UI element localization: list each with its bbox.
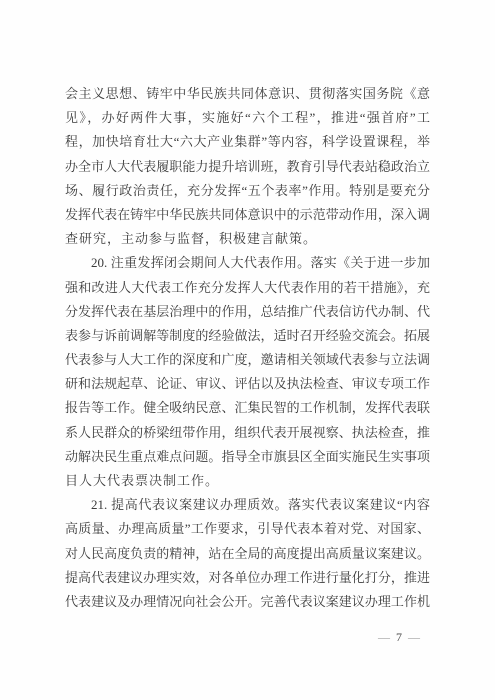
text-line: 发挥代表在铸牢中华民族共同体意识中的示范带动作用，深入调 [65,203,430,227]
page-number: —7— [368,628,432,646]
text-line: 目人大代表票决制工作。 [65,469,430,493]
text-line: 21. 提高代表议案建议办理质效。落实代表议案建议“内容 [65,493,430,517]
text-line: 动解决民生重点难点问题。指导全市旗县区全面实施民生实事项 [65,445,430,469]
text-line: 高质量、办理高质量”工作要求，引导代表本着对党、对国家、 [65,517,430,541]
text-line: 20. 注重发挥闭会期间人大代表作用。落实《关于进一步加 [65,251,430,275]
text-line: 代表建议及办理情况向社会公开。完善代表议案建议办理工作机 [65,590,430,614]
page-number-dash-right: — [408,630,422,644]
text-line: 对人民高度负责的精神，站在全局的高度提出高质量议案建议。 [65,542,430,566]
text-line: 办全市人大代表履职能力提升培训班，教育引导代表站稳政治立 [65,155,430,179]
text-line: 系人民群众的桥梁纽带作用，组织代表开展视察、执法检查，推 [65,421,430,445]
text-line: 场、履行政治责任，充分发挥“五个表率”作用。特别是要充分 [65,179,430,203]
page-number-dash-left: — [378,630,392,644]
text-line: 强和改进人大代表工作充分发挥人大代表作用的若干措施》，充 [65,276,430,300]
text-block: 会主义思想、铸牢中华民族共同体意识、贯彻落实国务院《意见》，办好两件大事，实施好… [65,82,430,614]
text-line: 报告等工作。健全吸纳民意、汇集民智的工作机制，发挥代表联 [65,396,430,420]
text-line: 程，加快培育壮大“六大产业集群”等内容，科学设置课程，举 [65,130,430,154]
page-number-value: 7 [392,630,408,644]
text-line: 分发挥代表在基层治理中的作用，总结推广代表信访代办制、代 [65,300,430,324]
text-line: 提高代表建议办理实效，对各单位办理工作进行量化打分，推进 [65,566,430,590]
text-line: 研和法规起草、论证、审议、评估以及执法检查、审议专项工作 [65,372,430,396]
text-line: 代表参与人大工作的深度和广度，邀请相关领域代表参与立法调 [65,348,430,372]
text-line: 会主义思想、铸牢中华民族共同体意识、贯彻落实国务院《意 [65,82,430,106]
text-line: 见》，办好两件大事，实施好“六个工程”，推进“强首府”工 [65,106,430,130]
text-line: 查研究，主动参与监督，积极建言献策。 [65,227,430,251]
text-line: 表参与诉前调解等制度的经验做法，适时召开经验交流会。拓展 [65,324,430,348]
document-page: 会主义思想、铸牢中华民族共同体意识、贯彻落实国务院《意见》，办好两件大事，实施好… [0,0,495,700]
